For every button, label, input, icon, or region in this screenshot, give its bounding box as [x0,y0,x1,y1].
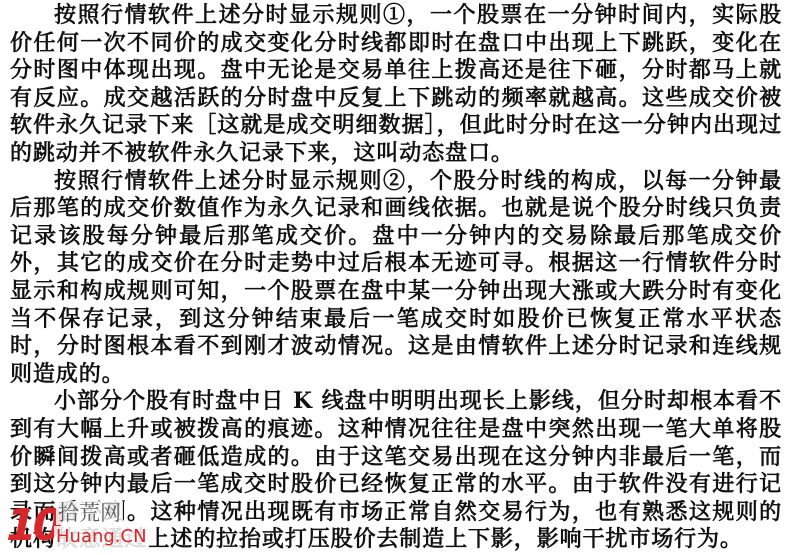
document-body: 按照行情软件上述分时显示规则①，一个股票在一分钟时间内，实际股价任何一次不同价的… [10,2,782,554]
paragraph-rule-2: 按照行情软件上述分时显示规则②，个股分时线的构成，以每一分钟最后那笔的成交价数值… [10,168,782,389]
paragraph-upper-shadow: 小部分个股有时盘中日 K 线盘中明明出现长上影线，但分时却根本看不到有大幅上升或… [10,388,782,554]
paragraph-rule-1: 按照行情软件上述分时显示规则①，一个股票在一分钟时间内，实际股价任何一次不同价的… [10,2,782,168]
